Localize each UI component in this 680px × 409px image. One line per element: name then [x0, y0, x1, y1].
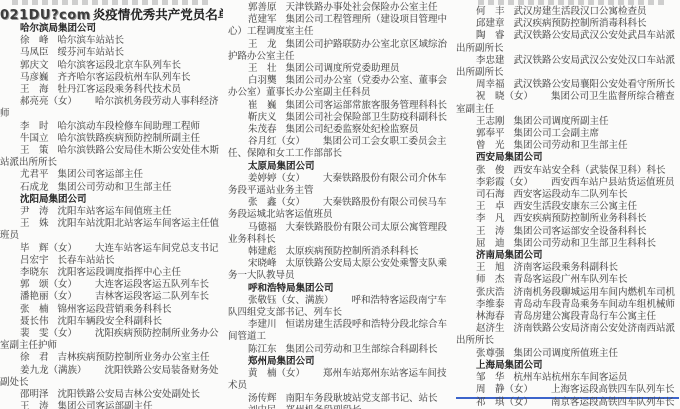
entry-row: 王 壮集团公司调度所党委助理员 — [228, 63, 451, 75]
person-name: 张尊强 — [476, 348, 505, 359]
person-title: 沈阳车辆段安全科副科长 — [58, 316, 163, 327]
person-title: 武汉铁路公安局襄阳公安处看守所所长 — [514, 79, 676, 90]
entry-row: 朱茂春集团公司纪委监察处纪检监察员 — [228, 124, 451, 136]
person-title: 南京客运段高铁四车队列车长 — [551, 397, 675, 408]
person-name: 尤君平 — [20, 169, 49, 180]
column-middle: 郭善原天津铁路办事处社会保险办公室主任范建军集团公司工程管理所（建设项目管理中心… — [228, 0, 451, 409]
person-name: 王 姝 — [20, 218, 49, 229]
person-title: 集团公司客运部主任 — [58, 169, 144, 180]
person-name: 吕宏宇 — [20, 255, 49, 266]
person-title: 太原疾病预防控制所消杀科科长 — [286, 246, 419, 257]
person-title: 青岛房建公寓段青岛行车公寓主任 — [514, 311, 657, 322]
person-title: 青岛客运段广州车队列车长 — [514, 274, 628, 285]
person-name: 周幸福 — [476, 79, 505, 90]
person-title: 青岛动车段青岛乘务车间动车组机械师 — [514, 299, 676, 310]
person-name: 王 旭 — [476, 262, 505, 273]
entry-row: 王 卓西安生活段安康东三公寓主任 — [456, 201, 679, 213]
partial-clipped-row — [12, 0, 209, 5]
entry-row: 范建军集团公司工程管理所（建设项目管理中心）工程调度室主任 — [228, 14, 451, 38]
person-name: 刘中民 — [248, 405, 277, 409]
person-name: 林海春 — [476, 311, 505, 322]
person-name: 祝 晓（女） — [476, 91, 533, 102]
entry-row: 李维泰青岛动车段青岛乘务车间动车组机械师 — [456, 299, 679, 311]
person-name: 李晓东 — [20, 267, 49, 278]
person-name: 尹 涛 — [20, 206, 49, 217]
column-right: 何 丰武汉房建生活段汉口公寓检查员邱建章武汉疾病预防控制所消毒科科长陶 睿武汉铁… — [456, 0, 679, 409]
person-name: 张 鑫（女） — [248, 197, 305, 208]
section-header: 西安局集团公司 — [456, 152, 679, 164]
entry-row: 周幸福武汉铁路公安局襄阳公安处看守所所长 — [456, 79, 679, 91]
person-title: 武汉疾病预防控制所消毒科科长 — [514, 18, 647, 29]
person-title: 集团公司工会副主席 — [514, 128, 600, 139]
person-title: 沈阳客运段调度指挥中心主任 — [58, 267, 182, 278]
entry-row: 刘中民郑州机务段副段长 — [228, 405, 451, 409]
person-name: 王 壮 — [248, 63, 277, 74]
entry-row: 崔 巍集团公司客运部常旅客服务管理科科长 — [228, 100, 451, 112]
person-name: 马凤臣 — [20, 47, 49, 58]
person-title: 集团公司劳动和卫生部综合科副科长 — [286, 344, 438, 355]
entry-row: 李建川恒诺房建生活段呼和浩特分段北综合车间管道工 — [228, 319, 451, 343]
person-name: 王志刚 — [476, 116, 505, 127]
entry-row: 陶 睿武汉铁路公安局武汉公安处武昌车站派出所副所长 — [456, 30, 679, 54]
entry-row: 陈江东集团公司劳动和卫生部综合科副科长 — [228, 344, 451, 356]
entry-row: 徐 君吉林疾病预防控制所业务办公室主任 — [0, 352, 223, 364]
watermark-text: 021DU?com — [0, 7, 91, 24]
entry-row: 马凤臣绥芬河车站站长 — [0, 47, 223, 59]
person-name: 靳庆义 — [248, 112, 277, 123]
entry-row: 李忠建武汉铁路公安局武汉公安处汉口车站派出所副所长 — [456, 55, 679, 79]
person-name: 赵济生 — [476, 323, 505, 334]
doc-title-text: 炎疫情优秀共产党员名单 — [93, 7, 223, 22]
person-name: 张 俊 — [476, 165, 505, 176]
entry-row: 毕 辉（女）大连车站客运车间党总支书记 — [0, 243, 223, 255]
person-name: 郭奉平 — [476, 128, 505, 139]
column-left: 021DU?com炎疫情优秀共产党员名单哈尔滨局集团公司徐 峰哈尔滨车站站长马凤… — [0, 0, 223, 409]
person-title: 齐齐哈尔客运段杭州车队列车长 — [58, 72, 191, 83]
entry-row: 白羽龑集团公司办公室（党委办公室、董事会办公室）董事长办公室副主任科员 — [228, 75, 451, 99]
person-title: 西安疾病预防控制所业务科科长 — [514, 213, 647, 224]
entry-row-highlighted: 周 静（女）上海客运段高铁四车队列车长 — [456, 384, 679, 396]
doc-title: 021DU?com炎疫情优秀共产党员名单 — [0, 6, 223, 23]
person-name: 王 涛 — [476, 226, 505, 237]
entry-row: 张敬钰（女、满族）呼和浩特客运段南宁车队四组党支部书记、列车长 — [228, 295, 451, 319]
section-header: 沈阳局集团公司 — [0, 194, 223, 206]
person-name: 裴 雯（女） — [20, 328, 77, 339]
person-name: 邱建章 — [476, 18, 505, 29]
person-name: 张庆浩 — [476, 287, 505, 298]
entry-row: 石成龙集团公司劳动和卫生部主任 — [0, 182, 223, 194]
person-title: 吉林客运段客运二队列车长 — [95, 291, 209, 302]
person-title: 大连车站客运车间党总支书记 — [95, 243, 219, 254]
person-title: 杭州车站杭州东车间客运员 — [514, 372, 628, 383]
person-title: 上海客运段高铁四车队列车长 — [551, 384, 675, 395]
person-title: 集团公司社会保险部卫生防疫科副科长 — [286, 112, 448, 123]
person-name: 郭 颂（女） — [20, 279, 77, 290]
entry-row: 祝 晓（女）集团公司卫生监督所综合稽查室副主任 — [456, 91, 679, 115]
person-name: 郭善原 — [248, 2, 277, 13]
section-header: 呼和浩特局集团公司 — [228, 283, 451, 295]
entry-row: 马彦巍齐齐哈尔客运段杭州车队列车长 — [0, 72, 223, 84]
entry-row: 王 海牡丹江客运段乘务科代技术员 — [0, 84, 223, 96]
person-title: 集团公司劳动和卫生部主任 — [58, 182, 172, 193]
person-title: 集团公司劳动和卫生部卫生科科长 — [514, 238, 657, 249]
section-header: 济南局集团公司 — [456, 250, 679, 262]
entry-row: 尹 涛沈阳车站客运车间值班主任 — [0, 206, 223, 218]
person-name: 崔 巍 — [248, 100, 277, 111]
entry-row: 姜婷婷（女）大秦铁路股份有限公司介休车务段平遥站业务主管 — [228, 173, 451, 197]
person-title: 西安客运段动车二队列车长 — [514, 189, 628, 200]
person-name: 汤传辉 — [248, 393, 277, 404]
entry-row: 赵济生济南铁路公安局济南公安处济南西站派出所所长 — [456, 323, 679, 347]
person-name: 李维泰 — [476, 299, 505, 310]
partial-clipped-row — [478, 0, 665, 5]
person-name: 何 丰 — [476, 6, 505, 17]
entry-row: 屈 迪集团公司劳动和卫生部卫生科科长 — [456, 238, 679, 250]
person-name: 徐 峰 — [20, 35, 49, 46]
entry-row: 张尊强集团公司调度所值班主任 — [456, 348, 679, 360]
person-name: 郭庆文 — [20, 60, 49, 71]
person-name: 李建川 — [248, 319, 277, 330]
person-title: 哈尔滨动车段检修车间助理工程师 — [58, 121, 201, 132]
entry-row: 王 策哈尔滨铁路公安局佳木斯公安处佳木斯站派出所所长 — [0, 145, 223, 169]
person-title: 哈尔滨铁路疾病预防控制所副主任 — [58, 133, 201, 144]
person-title: 西安西车站户县站货运值班员 — [551, 177, 675, 188]
entry-row: 聂长伟沈阳车辆段安全科副科长 — [0, 316, 223, 328]
entry-row: 邱建章武汉疾病预防控制所消毒科科长 — [456, 18, 679, 30]
person-name: 王 卓 — [476, 201, 505, 212]
person-name: 毕 辉（女） — [20, 243, 77, 254]
person-title: 长春车站站长 — [58, 255, 115, 266]
entry-row: 李 凡西安疾病预防控制所业务科科长 — [456, 213, 679, 225]
entry-row: 李 时哈尔滨动车段检修车间助理工程师 — [0, 121, 223, 133]
entry-row: 王 姝沈阳车站沈阳北站客运车间客运主任值班员 — [0, 218, 223, 242]
person-title: 吉林疾病预防控制所业务办公室主任 — [58, 352, 210, 363]
person-name: 李彩霞（女） — [476, 177, 533, 188]
person-title: 集团公司客运部副主任 — [58, 401, 153, 409]
person-name: 张 楠 — [20, 304, 49, 315]
person-name: 陶 睿 — [476, 30, 505, 41]
entry-row: 靳庆义集团公司社会保险部卫生防疫科副科长 — [228, 112, 451, 124]
person-title: 郑州机务段副段长 — [286, 405, 362, 409]
person-name: 朱茂春 — [248, 124, 277, 135]
person-name: 李忠建 — [476, 55, 505, 66]
person-title: 沈阳车站客运车间值班主任 — [58, 206, 172, 217]
person-name: 司石海 — [476, 189, 505, 200]
entry-row: 祁 琪（女）南京客运段高铁四车队列车长 — [456, 397, 679, 409]
entry-row: 何 丰武汉房建生活段汉口公寓检查员 — [456, 6, 679, 18]
person-name: 王 策 — [20, 145, 49, 156]
person-title: 集团公司调度所值班主任 — [514, 348, 619, 359]
person-title: 南阳车务段耿坡站党支部书记、站长 — [286, 393, 438, 404]
person-title: 济南客运段乘务科副科长 — [514, 262, 619, 273]
person-title: 集团公司客运部安全设备科科长 — [514, 226, 647, 237]
section-header: 上海局集团公司 — [456, 360, 679, 372]
person-title: 哈尔滨客运段北京车队列车长 — [58, 60, 182, 71]
entry-row: 师 杰青岛客运段广州车队列车长 — [456, 274, 679, 286]
person-name: 师 杰 — [476, 274, 505, 285]
person-name: 聂长伟 — [20, 316, 49, 327]
person-name: 石成龙 — [20, 182, 49, 193]
person-title: 绥芬河车站站长 — [58, 47, 125, 58]
entry-row: 张庆浩济南机务段聊城运用车间内燃机车司机 — [456, 287, 679, 299]
entry-row: 潘艳丽（女）吉林客运段客运二队列车长 — [0, 291, 223, 303]
person-title: 济南机务段聊城运用车间内燃机车司机 — [514, 287, 676, 298]
person-title: 沈阳铁路公安局吉林公安处副处长 — [58, 389, 201, 400]
entry-row: 王 龙集团公司护路联防办公室北京区域综治护路办公室主任 — [228, 39, 451, 63]
entry-row: 曾 光集团公司劳动和卫生部主任 — [456, 140, 679, 152]
entry-row: 黄 楠（女）郑州车站郑州东站客运车间技术员 — [228, 368, 451, 392]
entry-row: 郭善原天津铁路办事处社会保险办公室主任 — [228, 2, 451, 14]
entry-row: 张 楠锦州客运段营销乘务科科长 — [0, 304, 223, 316]
entry-row: 张 俊西安车站安全科（武装保卫科）科长 — [456, 165, 679, 177]
person-name: 徐 君 — [20, 352, 49, 363]
person-name: 曾 光 — [476, 140, 505, 151]
entry-row: 谷月红（女）集团公司工会女职工委员会主任、保障和女工工作部部长 — [228, 136, 451, 160]
person-title: 哈尔滨车站站长 — [58, 35, 125, 46]
person-name: 王 龙 — [248, 39, 277, 50]
person-name: 韩建彪 — [248, 246, 277, 257]
person-title: 西安生活段安康东三公寓主任 — [514, 201, 638, 212]
entry-row: 姜九龙（满族）沈阳铁路公安局装备财务处副处长 — [0, 365, 223, 389]
person-title: 天津铁路办事处社会保险办公室主任 — [286, 2, 438, 13]
entry-row: 郝亮亮（女）哈尔滨机务段劳动人事科经济师 — [0, 96, 223, 120]
entry-row: 马德福大秦铁路股份有限公司太原公寓管理段业务科科长 — [228, 222, 451, 246]
person-name: 姜婷婷（女） — [248, 173, 305, 184]
person-title: 大连客运段客运五队列车长 — [95, 279, 209, 290]
person-name: 谷月红（女） — [248, 136, 305, 147]
person-title: 集团公司调度所副主任 — [514, 116, 609, 127]
entry-row: 邵明泽沈阳铁路公安局吉林公安处副处长 — [0, 389, 223, 401]
person-title: 集团公司调度所党委助理员 — [286, 63, 400, 74]
person-name: 邵明泽 — [20, 389, 49, 400]
entry-row: 李彩霞（女）西安西车站户县站货运值班员 — [456, 177, 679, 189]
person-name: 李 时 — [20, 121, 49, 132]
person-name: 张敬钰（女、满族） — [248, 295, 334, 306]
entry-row: 韩建彪太原疾病预防控制所消杀科科长 — [228, 246, 451, 258]
person-name: 王 涛 — [20, 401, 49, 409]
entry-row: 李晓东沈阳客运段调度指挥中心主任 — [0, 267, 223, 279]
person-name: 陈江东 — [248, 344, 277, 355]
person-name: 邹 华 — [476, 372, 505, 383]
entry-row: 宋晓峰太原铁路公安局太原公安处乘警支队乘务一大队教导员 — [228, 258, 451, 282]
entry-row: 裴 雯（女）沈阳疾病预防控制所业务办公室副主任护师 — [0, 328, 223, 352]
person-name: 黄 楠（女） — [248, 368, 305, 379]
person-name: 牛国立 — [20, 133, 49, 144]
entry-row: 汤传辉南阳车务段耿坡站党支部书记、站长 — [228, 393, 451, 405]
person-name: 潘艳丽（女） — [20, 291, 77, 302]
entry-row: 郭庆文哈尔滨客运段北京车队列车长 — [0, 60, 223, 72]
person-name: 李 凡 — [476, 213, 505, 224]
entry-row: 王 旭济南客运段乘务科副科长 — [456, 262, 679, 274]
section-header: 太原局集团公司 — [228, 161, 451, 173]
person-name: 姜九龙（满族） — [20, 365, 87, 376]
document-page: 021DU?com炎疫情优秀共产党员名单哈尔滨局集团公司徐 峰哈尔滨车站站长马凤… — [0, 0, 680, 409]
person-name: 祁 琪（女） — [476, 397, 533, 408]
entry-row: 张 鑫（女）大秦铁路股份有限公司侯马车务段运城北站客运值班员 — [228, 197, 451, 221]
entry-row: 林海春青岛房建公寓段青岛行车公寓主任 — [456, 311, 679, 323]
person-name: 范建军 — [248, 14, 277, 25]
person-title: 武汉房建生活段汉口公寓检查员 — [514, 6, 647, 17]
person-name: 宋晓峰 — [248, 258, 277, 269]
entry-row: 郭 颂（女）大连客运段客运五队列车长 — [0, 279, 223, 291]
person-name: 郝亮亮（女） — [20, 96, 77, 107]
person-name: 屈 迪 — [476, 238, 505, 249]
entry-row: 王 涛集团公司客运部安全设备科科长 — [456, 226, 679, 238]
person-title: 牡丹江客运段乘务科代技术员 — [58, 84, 182, 95]
person-title: 锦州客运段营销乘务科科长 — [58, 304, 172, 315]
entry-row: 王 涛集团公司客运部副主任 — [0, 401, 223, 409]
person-title: 集团公司纪委监察处纪检监察员 — [286, 124, 419, 135]
person-title: 集团公司劳动和卫生部主任 — [514, 140, 628, 151]
entry-row: 王志刚集团公司调度所副主任 — [456, 116, 679, 128]
entry-row: 郭奉平集团公司工会副主席 — [456, 128, 679, 140]
section-header: 哈尔滨局集团公司 — [0, 23, 223, 35]
entry-row: 尤君平集团公司客运部主任 — [0, 169, 223, 181]
person-name: 马彦巍 — [20, 72, 49, 83]
entry-row: 司石海西安客运段动车二队列车长 — [456, 189, 679, 201]
person-title: 集团公司客运部常旅客服务管理科科长 — [286, 100, 448, 111]
person-name: 白羽龑 — [248, 75, 277, 86]
entry-row: 牛国立哈尔滨铁路疾病预防控制所副主任 — [0, 133, 223, 145]
person-name: 马德福 — [248, 222, 277, 233]
person-title: 西安车站安全科（武装保卫科）科长 — [514, 165, 666, 176]
section-header: 郑州局集团公司 — [228, 356, 451, 368]
entry-row: 邹 华杭州车站杭州东车间客运员 — [456, 372, 679, 384]
entry-row: 吕宏宇长春车站站长 — [0, 255, 223, 267]
person-name: 王 海 — [20, 84, 49, 95]
entry-row: 徐 峰哈尔滨车站站长 — [0, 35, 223, 47]
person-name: 周 静（女） — [476, 384, 533, 395]
